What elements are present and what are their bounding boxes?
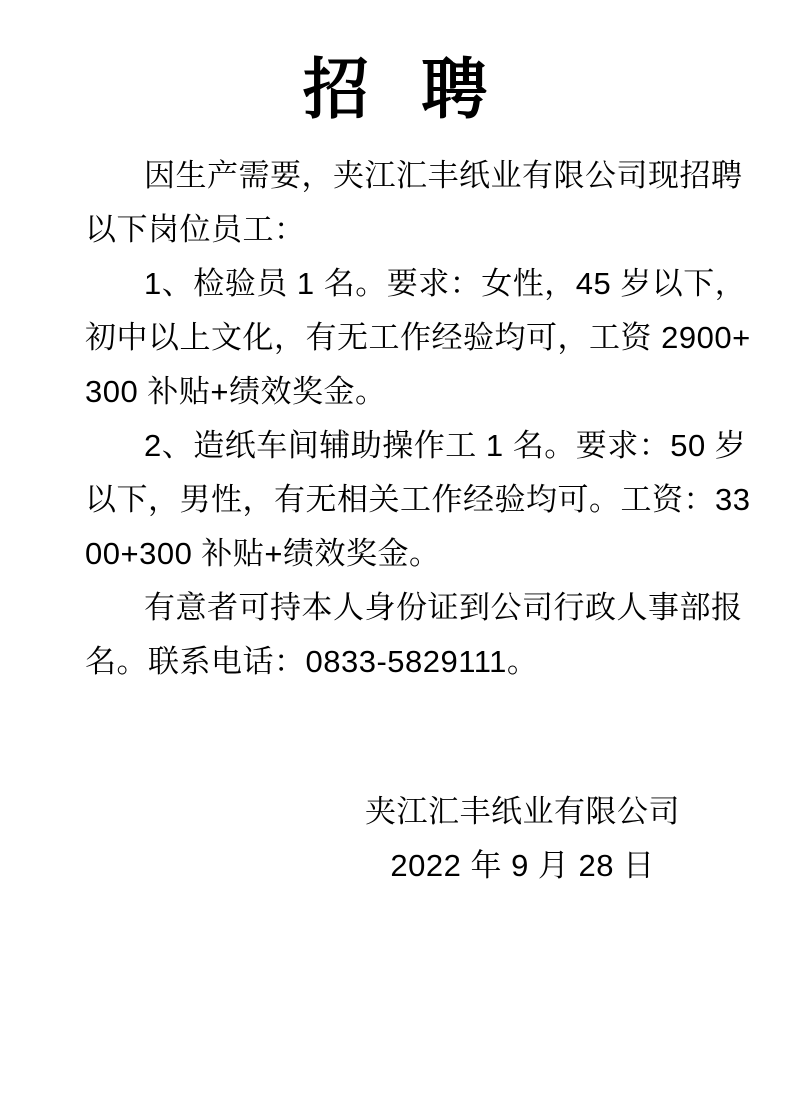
paragraph-position-inspector: 1、检验员 1 名。要求：女性，45 岁以下， 初中以上文化，有无工作经验均可，… xyxy=(85,257,710,419)
paragraph-line: 初中以上文化，有无工作经验均可，工资 2900+ xyxy=(85,311,710,365)
paragraph-line: 以下，男性，有无相关工作经验均可。工资：33 xyxy=(85,473,710,527)
paragraph-intro: 因生产需要，夹江汇丰纸业有限公司现招聘 以下岗位员工： xyxy=(85,149,710,257)
paragraph-line: 因生产需要，夹江汇丰纸业有限公司现招聘 xyxy=(85,149,710,203)
notice-date: 2022 年 9 月 28 日 xyxy=(365,839,680,893)
signature-block: 夹江汇丰纸业有限公司 2022 年 9 月 28 日 xyxy=(365,785,680,893)
paragraph-line: 00+300 补贴+绩效奖金。 xyxy=(85,527,710,581)
paragraph-line: 有意者可持本人身份证到公司行政人事部报 xyxy=(85,581,710,635)
paragraph-position-operator: 2、造纸车间辅助操作工 1 名。要求：50 岁 以下，男性，有无相关工作经验均可… xyxy=(85,419,710,581)
company-name: 夹江汇丰纸业有限公司 xyxy=(365,785,680,839)
paragraph-line: 以下岗位员工： xyxy=(85,203,710,257)
notice-body: 因生产需要，夹江汇丰纸业有限公司现招聘 以下岗位员工： 1、检验员 1 名。要求… xyxy=(85,149,710,689)
notice-title: 招 聘 xyxy=(0,56,790,122)
paragraph-line: 2、造纸车间辅助操作工 1 名。要求：50 岁 xyxy=(85,419,710,473)
document-page: 招 聘 因生产需要，夹江汇丰纸业有限公司现招聘 以下岗位员工： 1、检验员 1 … xyxy=(0,0,790,1118)
paragraph-line: 300 补贴+绩效奖金。 xyxy=(85,365,710,419)
paragraph-contact: 有意者可持本人身份证到公司行政人事部报 名。联系电话：0833-5829111。 xyxy=(85,581,710,689)
paragraph-line: 名。联系电话：0833-5829111。 xyxy=(85,635,710,689)
paragraph-line: 1、检验员 1 名。要求：女性，45 岁以下， xyxy=(85,257,710,311)
